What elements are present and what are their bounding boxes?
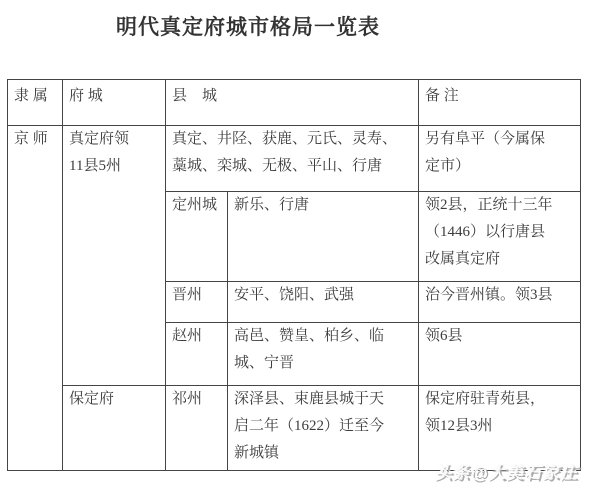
table-header-row: 隶 属 府 城 县 城 备 注 — [8, 80, 581, 126]
cell-dingzhou-counties: 新乐、行唐 — [228, 192, 419, 282]
table-row-zhending-direct: 京 师 真定府领 11县5州 真定、井陉、获鹿、元氏、灵寿、 藁城、栾城、无极、… — [8, 126, 581, 192]
cell-jinzhou-name: 晋州 — [166, 282, 228, 323]
header-prefecture: 府 城 — [63, 80, 166, 126]
watermark: 头条@大美石家庄 — [434, 458, 578, 483]
page-title: 明代真定府城市格局一览表 — [116, 11, 380, 41]
header-affiliation: 隶 属 — [8, 80, 63, 126]
cell-affiliation-jingshi: 京 师 — [8, 126, 63, 471]
header-county-seat: 县 城 — [166, 80, 419, 126]
cell-zhaozhou-counties: 高邑、赞皇、柏乡、临 城、宁晋 — [228, 323, 419, 386]
zhending-city-table: 隶 属 府 城 县 城 备 注 京 师 真定府领 11县5州 真定、井陉、获鹿、… — [7, 79, 581, 471]
cell-zhending-remark: 另有阜平（今属保 定市） — [419, 126, 581, 192]
cell-baoding-prefecture: 保定府 — [63, 386, 166, 471]
cell-jinzhou-counties: 安平、饶阳、武强 — [228, 282, 419, 323]
cell-jinzhou-remark: 治今晋州镇。领3县 — [419, 282, 581, 323]
cell-dingzhou-name: 定州城 — [166, 192, 228, 282]
cell-zhaozhou-name: 赵州 — [166, 323, 228, 386]
cell-qizhou-name: 祁州 — [166, 386, 228, 471]
cell-qizhou-counties: 深泽县、束鹿县城于天 启二年（1622）迁至今 新城镇 — [228, 386, 419, 471]
cell-zhending-prefecture: 真定府领 11县5州 — [63, 126, 166, 386]
header-remarks: 备 注 — [419, 80, 581, 126]
cell-dingzhou-remark: 领2县，正统十三年 （1446）以行唐县 改属真定府 — [419, 192, 581, 282]
cell-zhaozhou-remark: 领6县 — [419, 323, 581, 386]
cell-zhending-counties: 真定、井陉、获鹿、元氏、灵寿、 藁城、栾城、无极、平山、行唐 — [166, 126, 419, 192]
